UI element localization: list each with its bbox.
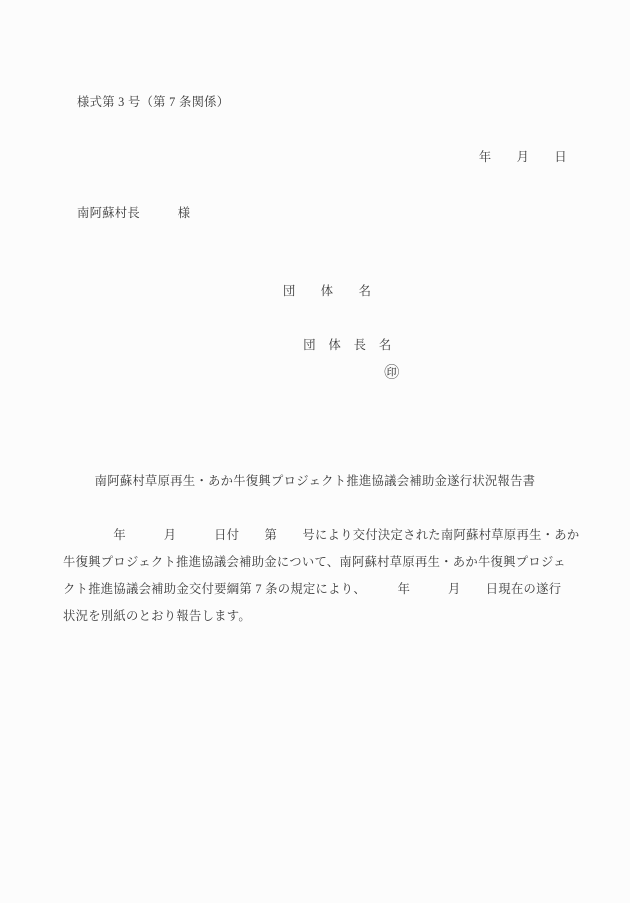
document-title: 南阿蘇村草原再生・あか牛復興プロジェクト推進協議会補助金遂行状況報告書 <box>63 468 567 495</box>
organization-head-line: 団 体 長 名 ㊞ <box>283 305 567 414</box>
seal-mark-icon: ㊞ <box>384 360 399 387</box>
body-paragraph: 年 月 日付 第 号により交付決定された南阿蘇村草原再生・あか 牛復興プロジェク… <box>63 522 567 630</box>
body-line-1: 年 月 日付 第 号により交付決定された南阿蘇村草原再生・あか <box>63 522 567 549</box>
body-line-3: クト推進協議会補助金交付要綱第 7 条の規定により、 年 月 日現在の遂行 <box>63 576 567 603</box>
date-blank-line: 年 月 日 <box>63 144 567 171</box>
form-number: 様式第 3 号（第 7 条関係） <box>63 89 567 116</box>
signature-block: 団 体 名 団 体 長 名 ㊞ <box>283 278 567 414</box>
body-line-4: 状況を別紙のとおり報告します。 <box>63 603 567 630</box>
body-line-2: 牛復興プロジェクト推進協議会補助金について、南阿蘇村草原再生・あか牛復興プロジェ <box>63 549 567 576</box>
addressee-line: 南阿蘇村長 様 <box>63 200 567 227</box>
report-form-page: 様式第 3 号（第 7 条関係） 年 月 日 南阿蘇村長 様 団 体 名 団 体… <box>0 0 630 903</box>
organization-head-label: 団 体 長 名 <box>303 338 391 352</box>
organization-name-label: 団 体 名 <box>283 278 567 305</box>
